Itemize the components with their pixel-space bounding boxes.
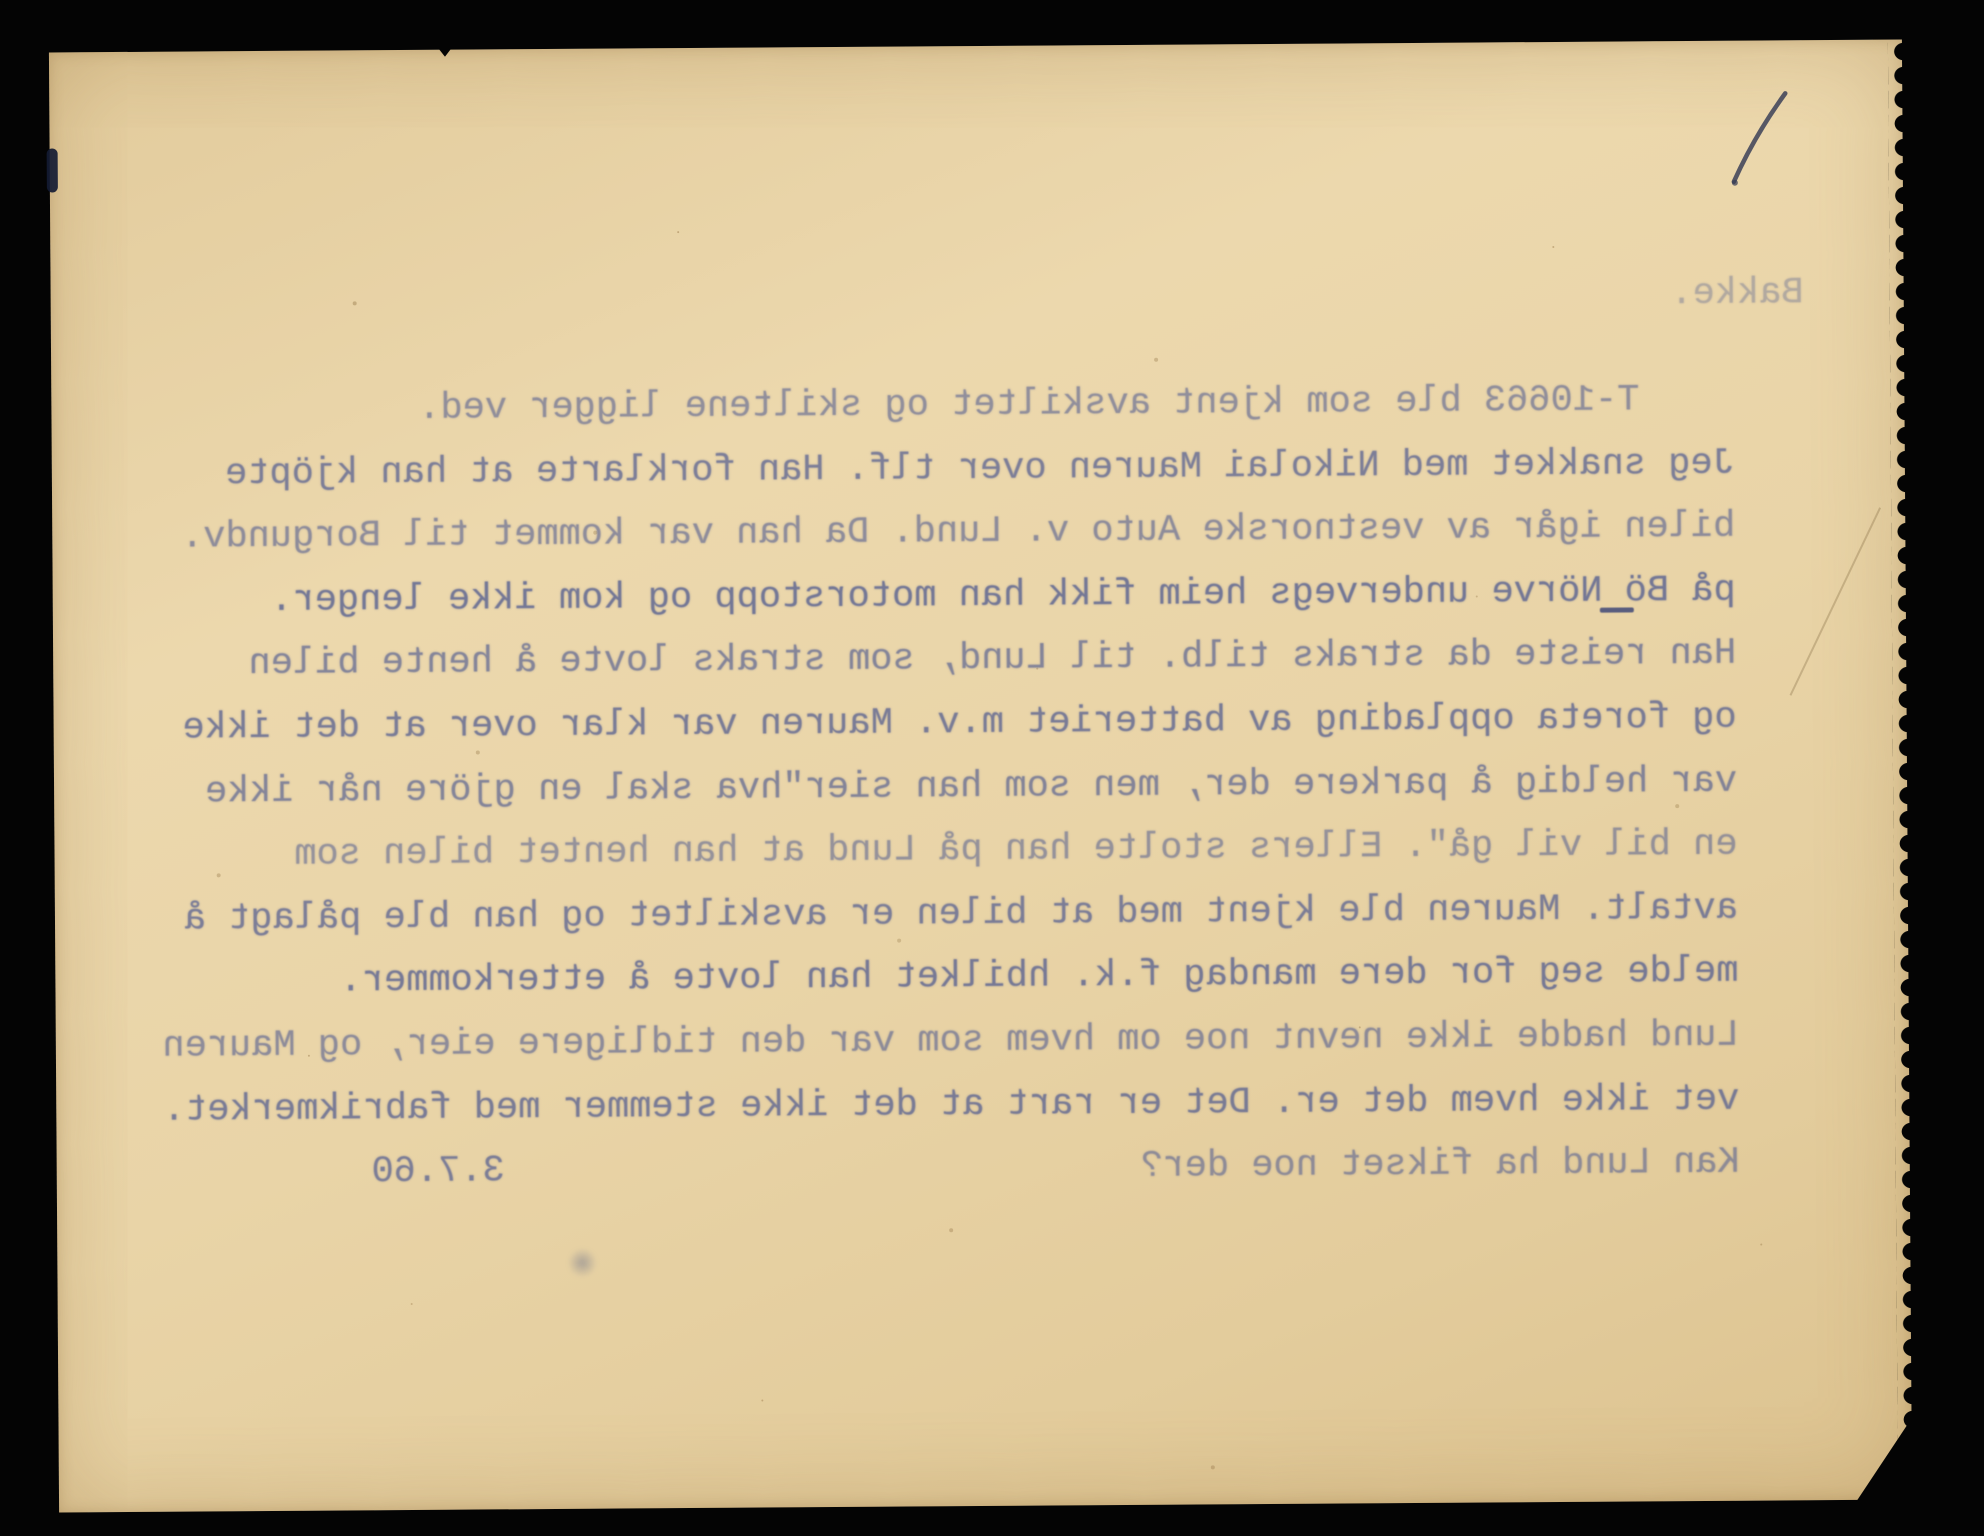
typed-line: melde seg for dere mandag f.k. hbilket h… bbox=[78, 941, 1738, 1016]
typed-line: Han reiste da straks tilb. til Lund, som… bbox=[76, 623, 1736, 698]
mirrored-text-layer: Bakke. T-10663 ble som kjent avskiltet o… bbox=[49, 40, 1912, 1513]
ink-blot bbox=[47, 148, 58, 192]
typed-line: avtalt. Mauren ble kjent med at bilen er… bbox=[78, 877, 1738, 952]
typed-line: T-10663 ble som kjent avskiltet og skilt… bbox=[74, 369, 1734, 444]
typed-line: og foreta opplading av batteriet m.v. Ma… bbox=[76, 687, 1736, 762]
typed-date: 3.7.60 bbox=[371, 1140, 505, 1205]
ink-smudge bbox=[568, 1247, 596, 1279]
typed-line: på Bö Nörve undervegs heim fikk han moto… bbox=[76, 560, 1736, 635]
underline-mark bbox=[1600, 607, 1634, 612]
scan-background: { "document": { "addressee": "Bakke.", "… bbox=[0, 0, 1984, 1536]
typed-line: vet ikke hvem det er. Det er rart at det… bbox=[79, 1068, 1739, 1143]
typed-line: var heldig å parkere der, men som han si… bbox=[77, 750, 1737, 825]
addressee: Bakke. bbox=[1670, 262, 1804, 327]
typed-line: Kan Lund ha fikset noe der? bbox=[80, 1132, 1740, 1207]
typed-line: Lund hadde ikke nevnt noe om hvem som va… bbox=[79, 1005, 1739, 1080]
typed-line: en bil vil gå". Ellers stolte han på Lun… bbox=[77, 814, 1737, 889]
paper-card: Bakke. T-10663 ble som kjent avskiltet o… bbox=[49, 40, 1912, 1513]
typed-line: bilen igår av vestnorske Auto v. Lund. D… bbox=[75, 496, 1735, 571]
typed-line: Jeg snakket med Nikolai Mauren over tlf.… bbox=[75, 432, 1735, 507]
typed-body: T-10663 ble som kjent avskiltet og skilt… bbox=[74, 369, 1740, 1207]
